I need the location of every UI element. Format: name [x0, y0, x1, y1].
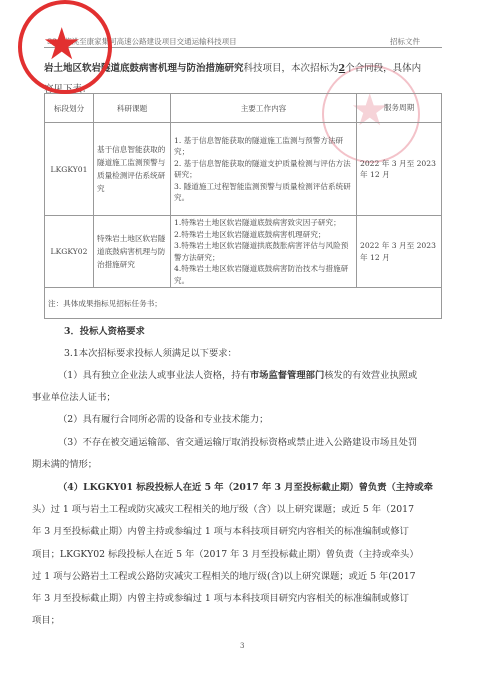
paragraph: 年 3 月至投标截止期）内曾主持或参编过 1 项与本科技项目研究内容相关的标准编… [32, 523, 432, 537]
paragraph: （1）具有独立企业法人或事业法人资格，持有市场监督管理部门核发的有效营业执照或 [58, 367, 458, 381]
work-content: 1.特殊岩土地区软岩隧道底鼓病害致灾因子研究； 2.特殊岩土地区软岩隧道底鼓病害… [171, 216, 357, 288]
paragraph: 过 1 项与公路岩土工程或公路防灾减灾工程相关的地厅级(含)以上研究课题；或近 … [32, 568, 432, 582]
table-note: 注：具体成果指标见招标任务书； [45, 288, 442, 319]
research-topic: 特殊岩土地区软岩隧道底鼓病害机理与防治措施研究 [94, 216, 171, 288]
paragraph: 期未满的情形； [32, 456, 432, 470]
section-heading: 3．投标人资格要求 [64, 323, 464, 337]
section-id: LKGKY01 [45, 123, 94, 216]
page-number: 3 [240, 642, 244, 650]
red-seal-stamp: ★ [18, 0, 112, 94]
section-id: LKGKY02 [45, 216, 94, 288]
paragraph: 项目； [32, 612, 432, 626]
paragraph: 头）过 1 项与岩土工程或防灾减灾工程相关的地厅级（含）以上研究课题；或近 5 … [32, 501, 432, 515]
sections-table: 标段划分 科研课题 主要工作内容 服务周期 LKGKY01 基于信息智能获取的隧… [44, 93, 442, 319]
col-header-section: 标段划分 [45, 94, 94, 123]
paragraph: 年 3 月至投标截止期）内曾主持或参编过 1 项与本科技项目研究内容相关的标准编… [32, 590, 432, 604]
research-topic: 基于信息智能获取的隧道施工监测预警与质量检测评估系统研究 [94, 123, 171, 216]
service-period: 2022 年 3 月至 2023 年 12 月 [357, 123, 442, 216]
paragraph: （2）具有履行合同所必需的设备和专业技术能力； [58, 411, 458, 425]
col-header-period: 服务周期 [357, 94, 442, 123]
paragraph: （4）LKGKY01 标段投标人在近 5 年（2017 年 3 月至投标截止期）… [58, 479, 458, 493]
col-header-content: 主要工作内容 [171, 94, 357, 123]
paragraph: 事业单位法人证书； [32, 389, 432, 403]
table-row: LKGKY01 基于信息智能获取的隧道施工监测预警与质量检测评估系统研究 1. … [45, 123, 442, 216]
paragraph: 项目；LKGKY02 标段投标人在近 5 年（2017 年 3 月至投标截止期）… [32, 546, 432, 560]
paragraph: （3）不存在被交通运输部、省交通运输厅取消投标资格或禁止进入公路建设市场且处罚 [58, 434, 458, 448]
paragraph: 3.1本次招标要求投标人须满足以下要求： [64, 345, 464, 359]
service-period: 2022 年 3 月至 2023 年 12 月 [357, 216, 442, 288]
work-content: 1. 基于信息智能获取的隧道施工监测与预警方法研究； 2. 基于信息智能获取的隧… [171, 123, 357, 216]
col-header-topic: 科研课题 [94, 94, 171, 123]
table-header-row: 标段划分 科研课题 主要工作内容 服务周期 [45, 94, 442, 123]
table-note-row: 注：具体成果指标见招标任务书； [45, 288, 442, 319]
table-row: LKGKY02 特殊岩土地区软岩隧道底鼓病害机理与防治措施研究 1.特殊岩土地区… [45, 216, 442, 288]
header-doc-type: 招标文件 [390, 36, 420, 47]
star-icon: ★ [42, 23, 81, 67]
